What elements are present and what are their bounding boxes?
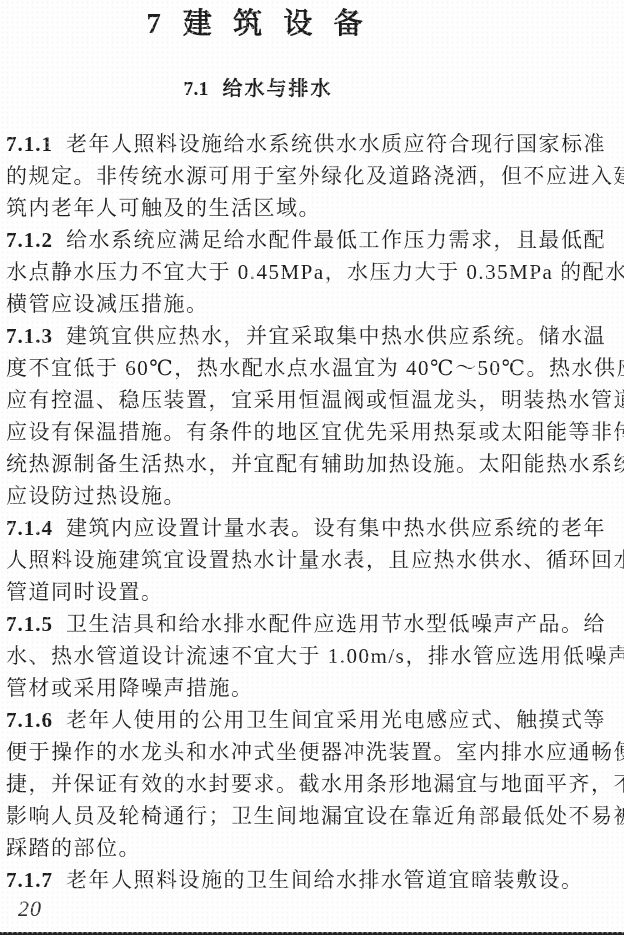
clause-text: 建筑宜供应热水，并宜采取集中热水供应系统。储水温 (66, 324, 606, 348)
clause-line: 水、热水管道设计流速不宜大于 1.00m/s，排水管应选用低噪声 (6, 640, 618, 672)
section-number: 7.1 (184, 78, 209, 100)
clause-line: 7.1.1老年人照料设施给水系统供水水质应符合现行国家标准 (6, 128, 618, 160)
clause-text: 老年人照料设施给水系统供水水质应符合现行国家标准 (66, 132, 606, 156)
clause-7.1.2: 7.1.2给水系统应满足给水配件最低工作压力需求，且最低配水点静水压力不宜大于 … (6, 224, 618, 320)
clause-line: 横管应设减压措施。 (6, 288, 618, 320)
clause-line: 的规定。非传统水源可用于室外绿化及道路浇洒，但不应进入建 (6, 160, 618, 192)
clause-line: 筑内老年人可触及的生活区域。 (6, 192, 618, 224)
chapter-title: 建 筑 设 备 (183, 8, 370, 40)
clause-text: 老年人照料设施的卫生间给水排水管道宜暗装敷设。 (66, 868, 584, 892)
page-number: 20 (18, 896, 42, 922)
clause-7.1.7: 7.1.7老年人照料设施的卫生间给水排水管道宜暗装敷设。 (6, 864, 618, 896)
clause-text: 建筑内应设置计量水表。设有集中热水供应系统的老年 (66, 516, 606, 540)
clause-line: 7.1.5卫生洁具和给水排水配件应选用节水型低噪声产品。给 (6, 608, 618, 640)
clause-line: 7.1.2给水系统应满足给水配件最低工作压力需求，且最低配 (6, 224, 618, 256)
clause-7.1.6: 7.1.6老年人使用的公用卫生间宜采用光电感应式、触摸式等便于操作的水龙头和水冲… (6, 704, 618, 864)
clause-line: 7.1.7老年人照料设施的卫生间给水排水管道宜暗装敷设。 (6, 864, 618, 896)
clause-number: 7.1.4 (6, 516, 53, 540)
clause-text: 老年人使用的公用卫生间宜采用光电感应式、触摸式等 (66, 708, 606, 732)
clause-line: 度不宜低于 60℃，热水配水点水温宜为 40℃～50℃。热水供应 (6, 352, 618, 384)
chapter-number: 7 (146, 8, 161, 40)
clause-number: 7.1.1 (6, 132, 53, 156)
clause-number: 7.1.3 (6, 324, 53, 348)
clause-line: 应有控温、稳压装置，宜采用恒温阀或恒温龙头，明装热水管道 (6, 384, 618, 416)
clause-text: 卫生洁具和给水排水配件应选用节水型低噪声产品。给 (66, 612, 606, 636)
clause-line: 应设防过热设施。 (6, 480, 618, 512)
clause-line: 人照料设施建筑宜设置热水计量水表，且应热水供水、循环回水 (6, 544, 618, 576)
clause-line: 统热源制备生活热水，并宜配有辅助加热设施。太阳能热水系统 (6, 448, 618, 480)
chapter-heading: 7建 筑 设 备 (0, 4, 570, 44)
clause-text: 给水系统应满足给水配件最低工作压力需求，且最低配 (66, 228, 606, 252)
clause-line: 7.1.3建筑宜供应热水，并宜采取集中热水供应系统。储水温 (6, 320, 618, 352)
section-heading: 7.1给水与排水 (0, 76, 570, 102)
clause-line: 7.1.6老年人使用的公用卫生间宜采用光电感应式、触摸式等 (6, 704, 618, 736)
clause-7.1.4: 7.1.4建筑内应设置计量水表。设有集中热水供应系统的老年人照料设施建筑宜设置热… (6, 512, 618, 608)
clause-number: 7.1.7 (6, 868, 53, 892)
clause-number: 7.1.2 (6, 228, 53, 252)
clause-line: 影响人员及轮椅通行；卫生间地漏宜设在靠近角部最低处不易被 (6, 800, 618, 832)
clause-line: 管材或采用降噪声措施。 (6, 672, 618, 704)
clause-line: 水点静水压力不宜大于 0.45MPa，水压力大于 0.35MPa 的配水 (6, 256, 618, 288)
clause-line: 应设有保温措施。有条件的地区宜优先采用热泵或太阳能等非传 (6, 416, 618, 448)
section-title: 给水与排水 (223, 78, 333, 100)
clause-number: 7.1.5 (6, 612, 53, 636)
document-page: 7建 筑 设 备 7.1给水与排水 7.1.1老年人照料设施给水系统供水水质应符… (0, 0, 624, 935)
clause-number: 7.1.6 (6, 708, 53, 732)
clauses-container: 7.1.1老年人照料设施给水系统供水水质应符合现行国家标准的规定。非传统水源可用… (0, 128, 624, 896)
clause-7.1.3: 7.1.3建筑宜供应热水，并宜采取集中热水供应系统。储水温度不宜低于 60℃，热… (6, 320, 618, 512)
clause-7.1.1: 7.1.1老年人照料设施给水系统供水水质应符合现行国家标准的规定。非传统水源可用… (6, 128, 618, 224)
clause-line: 7.1.4建筑内应设置计量水表。设有集中热水供应系统的老年 (6, 512, 618, 544)
clause-7.1.5: 7.1.5卫生洁具和给水排水配件应选用节水型低噪声产品。给水、热水管道设计流速不… (6, 608, 618, 704)
clause-line: 便于操作的水龙头和水冲式坐便器冲洗装置。室内排水应通畅便 (6, 736, 618, 768)
clause-line: 捷，并保证有效的水封要求。截水用条形地漏宜与地面平齐，不 (6, 768, 618, 800)
clause-line: 管道同时设置。 (6, 576, 618, 608)
clause-line: 踩踏的部位。 (6, 832, 618, 864)
